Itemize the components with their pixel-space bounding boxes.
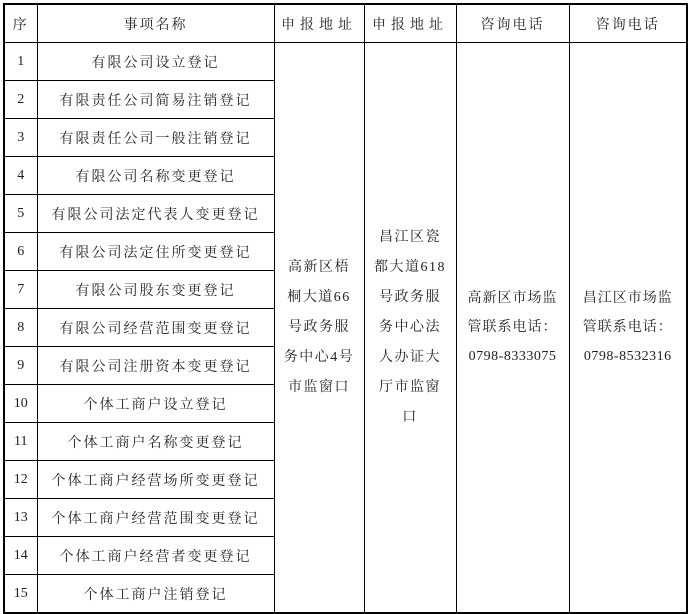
header-phone-2: 咨询电话 — [569, 4, 687, 43]
row-number-cell: 13 — [4, 499, 37, 537]
header-row: 序 事项名称 申报地址 申报地址 咨询电话 咨询电话 — [4, 4, 687, 43]
phone-number-changjiang: 0798-8532316 — [579, 342, 677, 371]
item-name-cell: 有限责任公司简易注销登记 — [37, 81, 274, 119]
header-address-1: 申报地址 — [274, 4, 364, 43]
row-number-cell: 5 — [4, 195, 37, 233]
row-number-cell: 3 — [4, 119, 37, 157]
row-number-cell: 10 — [4, 385, 37, 423]
row-number-cell: 7 — [4, 271, 37, 309]
row-number-cell: 6 — [4, 233, 37, 271]
header-phone-1: 咨询电话 — [456, 4, 569, 43]
item-name-cell: 有限公司股东变更登记 — [37, 271, 274, 309]
item-name-cell: 有限公司注册资本变更登记 — [37, 347, 274, 385]
phone-label-gaoxin: 高新区市场监管联系电话： — [468, 291, 558, 335]
row-number-cell: 14 — [4, 537, 37, 575]
item-name-cell: 有限公司设立登记 — [37, 43, 274, 81]
row-number-cell: 9 — [4, 347, 37, 385]
phone-label-changjiang: 昌江区市场监管联系电话： — [583, 291, 673, 335]
row-number-cell: 12 — [4, 461, 37, 499]
phone-text-changjiang: 昌江区市场监管联系电话：0798-8532316 — [579, 284, 677, 371]
row-number-cell: 2 — [4, 81, 37, 119]
row-number-cell: 4 — [4, 157, 37, 195]
item-name-cell: 个体工商户经营范围变更登记 — [37, 499, 274, 537]
address-text-changjiang: 昌江区瓷都大道618号政务服务中心法人办证大厅市监窗口 — [373, 223, 447, 433]
table-body: 1有限公司设立登记高新区梧桐大道66号政务服务中心4号市监窗口昌江区瓷都大道61… — [4, 43, 687, 614]
row-number-cell: 15 — [4, 575, 37, 614]
row-number-cell: 8 — [4, 309, 37, 347]
item-name-cell: 有限公司名称变更登记 — [37, 157, 274, 195]
item-name-cell: 个体工商户名称变更登记 — [37, 423, 274, 461]
phone-cell-changjiang: 昌江区市场监管联系电话：0798-8532316 — [569, 43, 687, 614]
header-item-name: 事项名称 — [37, 4, 274, 43]
item-name-cell: 有限公司经营范围变更登记 — [37, 309, 274, 347]
header-seq: 序 — [4, 4, 37, 43]
item-name-cell: 有限责任公司一般注销登记 — [37, 119, 274, 157]
item-name-cell: 个体工商户经营者变更登记 — [37, 537, 274, 575]
address-text-gaoxin: 高新区梧桐大道66号政务服务中心4号市监窗口 — [282, 253, 356, 403]
phone-cell-gaoxin: 高新区市场监管联系电话：0798-8333075 — [456, 43, 569, 614]
item-name-cell: 有限公司法定代表人变更登记 — [37, 195, 274, 233]
address-cell-changjiang: 昌江区瓷都大道618号政务服务中心法人办证大厅市监窗口 — [364, 43, 456, 614]
page: 序 事项名称 申报地址 申报地址 咨询电话 咨询电话 1有限公司设立登记高新区梧… — [0, 0, 690, 614]
item-name-cell: 个体工商户经营场所变更登记 — [37, 461, 274, 499]
table-row: 1有限公司设立登记高新区梧桐大道66号政务服务中心4号市监窗口昌江区瓷都大道61… — [4, 43, 687, 81]
phone-text-gaoxin: 高新区市场监管联系电话：0798-8333075 — [464, 284, 562, 371]
item-name-cell: 个体工商户设立登记 — [37, 385, 274, 423]
header-address-2: 申报地址 — [364, 4, 456, 43]
item-name-cell: 个体工商户注销登记 — [37, 575, 274, 614]
service-items-table: 序 事项名称 申报地址 申报地址 咨询电话 咨询电话 1有限公司设立登记高新区梧… — [3, 3, 688, 614]
item-name-cell: 有限公司法定住所变更登记 — [37, 233, 274, 271]
address-cell-gaoxin: 高新区梧桐大道66号政务服务中心4号市监窗口 — [274, 43, 364, 614]
phone-number-gaoxin: 0798-8333075 — [464, 342, 562, 371]
row-number-cell: 1 — [4, 43, 37, 81]
row-number-cell: 11 — [4, 423, 37, 461]
